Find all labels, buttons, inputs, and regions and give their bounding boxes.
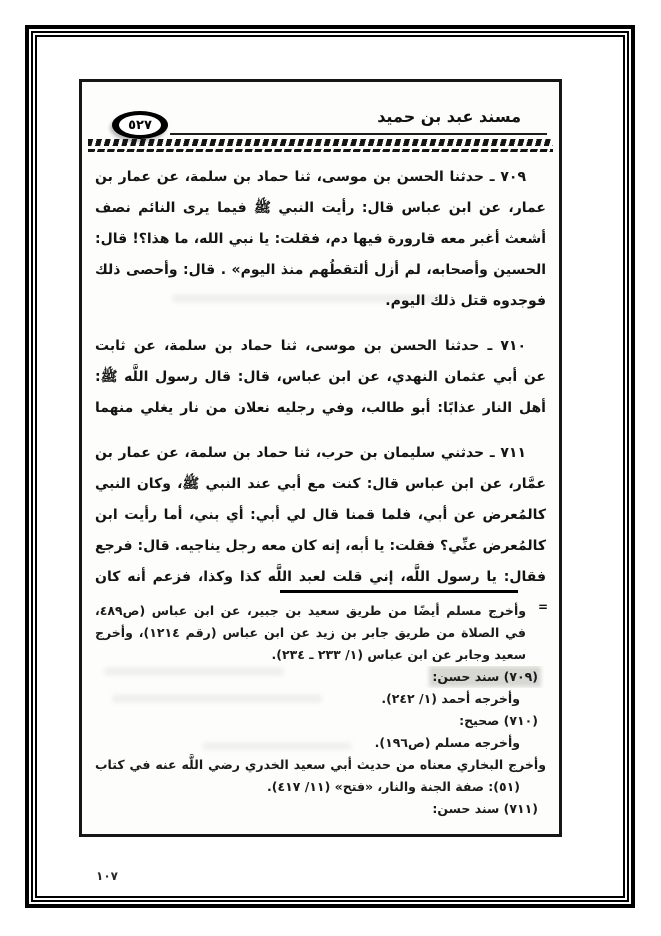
footnote-line: وأخرجه مسلم (ص١٩٦). bbox=[95, 732, 546, 754]
footnote-line: (٥١): صفة الجنة والنار، «فتح» (١١/ ٤١٧). bbox=[95, 776, 546, 798]
footnote-separator-line bbox=[280, 590, 518, 593]
body-text-line: عن أبي عثمان النهدي، عن ابن عباس، قال: ق… bbox=[95, 362, 546, 393]
footnote-section: = وأخرج مسلم أيضًا من طريق سعيد بن جبير،… bbox=[95, 590, 546, 820]
body-text-line: أهل النار عذابًا: أبو طالب، وفي رجليه نع… bbox=[95, 393, 546, 424]
hadith-body-text: ٧٠٩ ـ حدثنا الحسن بن موسى، ثنا حماد بن س… bbox=[95, 162, 546, 607]
hadith-paragraph: ٧١١ ـ حدثني سليمان بن حرب، ثنا حماد بن س… bbox=[95, 438, 546, 593]
page-number-text: ٥٢٧ bbox=[112, 111, 168, 139]
footnote-text: سعيد وجابر عن ابن عباس (١/ ٢٣٣ ـ ٢٣٤). bbox=[272, 647, 526, 662]
body-text-line: عمار، عن ابن عباس قال: رأيت النبي ﷺ فيما… bbox=[95, 193, 546, 224]
book-title: مسند عبد بن حميد bbox=[377, 107, 521, 126]
body-text-line: كالمُعرض عن أبي، فلما قمنا قال لي أبي: أ… bbox=[95, 500, 546, 531]
footnote-line: وأخرج مسلم أيضًا من طريق سعيد بن جبير، ع… bbox=[95, 600, 546, 622]
body-text-line: ٧٠٩ ـ حدثنا الحسن بن موسى، ثنا حماد بن س… bbox=[95, 162, 546, 193]
scanned-book-page: ٥٢٧ مسند عبد بن حميد ٧٠٩ ـ حدثنا الحسن ب… bbox=[0, 0, 661, 936]
header-dashed-rule-thin bbox=[88, 149, 553, 152]
footnote-line: (٧٠٩) سند حسن: bbox=[95, 666, 546, 688]
footnote-text: وأخرج البخاري معناه من حديث أبي سعيد الخ… bbox=[95, 757, 546, 776]
footnote-text: (٧١١) سند حسن: bbox=[432, 801, 538, 816]
page-number-badge: ٥٢٧ bbox=[112, 111, 168, 139]
footnote-line: (٧١١) سند حسن: bbox=[95, 798, 546, 820]
footnote-text: وأخرجه مسلم (ص١٩٦). bbox=[375, 735, 520, 750]
footnote-line: (٧١٠) صحيح: bbox=[95, 710, 546, 732]
footnote-line: وأخرجه أحمد (١/ ٢٤٢). bbox=[95, 688, 546, 710]
footnote-text: في الصلاة من طريق جابر بن زيد عن ابن عبا… bbox=[95, 625, 526, 644]
footnote-line: سعيد وجابر عن ابن عباس (١/ ٢٣٣ ـ ٢٣٤). bbox=[95, 644, 546, 666]
body-text-line: فوجدوه قتل ذلك اليوم. bbox=[95, 286, 546, 317]
footnote-continuation-marker: = bbox=[538, 600, 548, 614]
body-text-line: ٧١٠ ـ حدثنا الحسن بن موسى، ثنا حماد بن س… bbox=[95, 331, 546, 362]
hadith-paragraph: ٧١٠ ـ حدثنا الحسن بن موسى، ثنا حماد بن س… bbox=[95, 331, 546, 424]
body-text-line: عمَّار، عن ابن عباس قال: كنت مع أبي عند … bbox=[95, 469, 546, 500]
footnote-text: (٧١٠) صحيح: bbox=[459, 713, 538, 728]
footnote-text: وأخرجه أحمد (١/ ٢٤٢). bbox=[381, 691, 520, 706]
body-text-line: أشعث أغبر معه قارورة فيها دم، فقلت: يا ن… bbox=[95, 224, 546, 255]
body-text-line: فقال: يا رسول اللَّه، إني قلت لعبد اللَّ… bbox=[95, 562, 546, 593]
folio-page-number: ١٠٧ bbox=[96, 869, 118, 883]
content-box: ٥٢٧ مسند عبد بن حميد ٧٠٩ ـ حدثنا الحسن ب… bbox=[79, 79, 562, 837]
footnote-text: (٥١): صفة الجنة والنار، «فتح» (١١/ ٤١٧). bbox=[267, 779, 520, 794]
footnote-line: وأخرج البخاري معناه من حديث أبي سعيد الخ… bbox=[95, 754, 546, 776]
footnote-line: في الصلاة من طريق جابر بن زيد عن ابن عبا… bbox=[95, 622, 546, 644]
body-text-line: الحسين وأصحابه، لم أزل ألتقطُهم منذ اليو… bbox=[95, 255, 546, 286]
highlighted-footnote-text: (٧٠٩) سند حسن: bbox=[432, 669, 538, 684]
hadith-paragraph: ٧٠٩ ـ حدثنا الحسن بن موسى، ثنا حماد بن س… bbox=[95, 162, 546, 317]
header-rule-line bbox=[170, 133, 547, 135]
body-text-line: كالمُعرض عنِّي؟ فقلت: يا أبه، إنه كان مع… bbox=[95, 531, 546, 562]
header-dashed-rule bbox=[88, 139, 553, 146]
body-text-line: ٧١١ ـ حدثني سليمان بن حرب، ثنا حماد بن س… bbox=[95, 438, 546, 469]
footnote-text: وأخرج مسلم أيضًا من طريق سعيد بن جبير، ع… bbox=[95, 603, 526, 622]
